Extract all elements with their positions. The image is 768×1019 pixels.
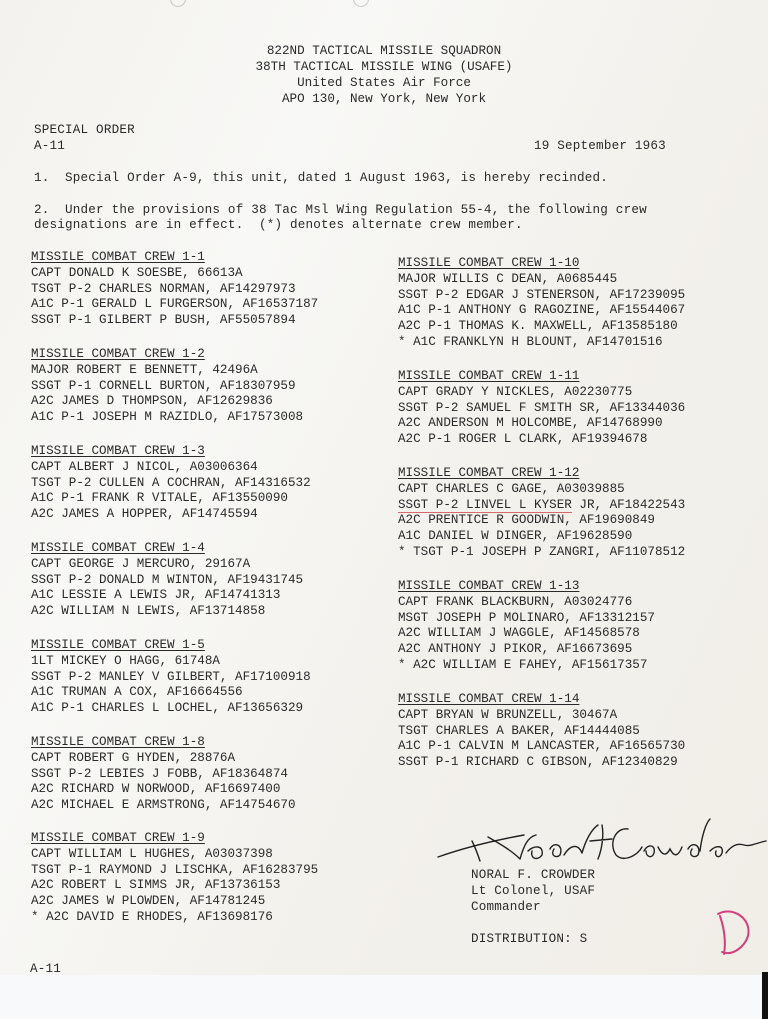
document-page: 822ND TACTICAL MISSILE SQUADRON 38TH TAC… <box>0 0 768 975</box>
crew-member: A2C P-1 ROGER L CLARK, AF19394678 <box>398 432 685 448</box>
crew-member: 1LT MICKEY O HAGG, 61748A <box>31 654 311 670</box>
signature-icon <box>432 815 768 875</box>
crew-member: SSGT P-1 RICHARD C GIBSON, AF12340829 <box>398 755 685 771</box>
crew-member: TSGT P-1 RAYMOND J LISCHKA, AF16283795 <box>31 863 318 879</box>
crew-member: SSGT P-2 LEBIES J FOBB, AF18364874 <box>31 767 296 783</box>
crew-block: MISSILE COMBAT CREW 1-12CAPT CHARLES C G… <box>398 466 685 561</box>
crew-member: SSGT P-2 LINVEL L KYSER JR, AF18422543 <box>398 498 685 514</box>
crew-block: MISSILE COMBAT CREW 1-13CAPT FRANK BLACK… <box>398 579 655 674</box>
crew-block: MISSILE COMBAT CREW 1-51LT MICKEY O HAGG… <box>31 638 311 717</box>
crew-member: A2C P-1 THOMAS K. MAXWELL, AF13585180 <box>398 319 685 335</box>
scan-edge <box>762 972 768 1019</box>
crew-member: CAPT BRYAN W BRUNZELL, 30467A <box>398 708 685 724</box>
crew-member: A1C LESSIE A LEWIS JR, AF14741313 <box>31 588 303 604</box>
crew-member: A2C MICHAEL E ARMSTRONG, AF14754670 <box>31 798 296 814</box>
scan-margin <box>0 975 768 1019</box>
paragraph-1: 1. Special Order A-9, this unit, dated 1… <box>34 171 608 187</box>
distribution: DISTRIBUTION: S <box>471 932 587 948</box>
order-date: 19 September 1963 <box>534 139 666 155</box>
crew-member: A2C ANTHONY J PIKOR, AF16673695 <box>398 642 655 658</box>
signer-name: NORAL F. CROWDER <box>471 868 595 884</box>
letterhead-wing: 38TH TACTICAL MISSILE WING (USAFE) <box>0 59 768 75</box>
crew-member: SSGT P-1 CORNELL BURTON, AF18307959 <box>31 379 303 395</box>
crew-member: A2C ROBERT L SIMMS JR, AF13736153 <box>31 878 318 894</box>
crew-block: MISSILE COMBAT CREW 1-9CAPT WILLIAM L HU… <box>31 831 318 926</box>
crew-member: CAPT DONALD K SOESBE, 66613A <box>31 266 318 282</box>
crew-member: MAJOR ROBERT E BENNETT, 42496A <box>31 363 303 379</box>
crew-member: CAPT ROBERT G HYDEN, 28876A <box>31 751 296 767</box>
pen-underline: SSGT P-2 LINVEL L KYSER <box>398 498 572 513</box>
crew-member: MAJOR WILLIS C DEAN, A0685445 <box>398 272 685 288</box>
paragraph-2-line-2: designations are in effect. (*) denotes … <box>34 218 523 234</box>
crew-member: A1C P-1 JOSEPH M RAZIDLO, AF17573008 <box>31 410 303 426</box>
crew-member: * A2C DAVID E RHODES, AF13698176 <box>31 910 318 926</box>
crew-member: TSGT P-2 CHARLES NORMAN, AF14297973 <box>31 282 318 298</box>
crew-title: MISSILE COMBAT CREW 1-12 <box>398 466 685 482</box>
crew-title: MISSILE COMBAT CREW 1-9 <box>31 831 318 847</box>
signer-rank: Lt Colonel, USAF <box>471 884 595 900</box>
letterhead-squadron: 822ND TACTICAL MISSILE SQUADRON <box>0 43 768 59</box>
crew-member: A1C TRUMAN A COX, AF16664556 <box>31 685 311 701</box>
crew-title: MISSILE COMBAT CREW 1-3 <box>31 444 311 460</box>
crew-block: MISSILE COMBAT CREW 1-2MAJOR ROBERT E BE… <box>31 347 303 426</box>
crew-title: MISSILE COMBAT CREW 1-1 <box>31 250 318 266</box>
crew-title: MISSILE COMBAT CREW 1-10 <box>398 256 685 272</box>
crew-block: MISSILE COMBAT CREW 1-10MAJOR WILLIS C D… <box>398 256 685 351</box>
crew-member: CAPT GEORGE J MERCURO, 29167A <box>31 557 303 573</box>
crew-member: * TSGT P-1 JOSEPH P ZANGRI, AF11078512 <box>398 545 685 561</box>
crew-member: TSGT P-2 CULLEN A COCHRAN, AF14316532 <box>31 476 311 492</box>
order-number: A-11 <box>34 139 65 155</box>
crew-member: * A2C WILLIAM E FAHEY, AF15617357 <box>398 658 655 674</box>
crew-member: A2C PRENTICE R GOODWIN, AF19690849 <box>398 513 685 529</box>
crew-member: A1C P-1 CALVIN M LANCASTER, AF16565730 <box>398 739 685 755</box>
order-type: SPECIAL ORDER <box>34 123 135 139</box>
crew-member: SSGT P-1 GILBERT P BUSH, AF55057894 <box>31 313 318 329</box>
crew-title: MISSILE COMBAT CREW 1-13 <box>398 579 655 595</box>
crew-member: CAPT ALBERT J NICOL, A03006364 <box>31 460 311 476</box>
crew-member: CAPT WILLIAM L HUGHES, A03037398 <box>31 847 318 863</box>
punch-hole <box>170 0 186 7</box>
crew-block: MISSILE COMBAT CREW 1-11CAPT GRADY Y NIC… <box>398 369 685 448</box>
crew-member: * A1C FRANKLYN H BLOUNT, AF14701516 <box>398 335 685 351</box>
crew-member: SSGT P-2 DONALD M WINTON, AF19431745 <box>31 573 303 589</box>
crew-block: MISSILE COMBAT CREW 1-14CAPT BRYAN W BRU… <box>398 692 685 771</box>
crew-member: CAPT GRADY Y NICKLES, A02230775 <box>398 385 685 401</box>
crew-title: MISSILE COMBAT CREW 1-14 <box>398 692 685 708</box>
crew-member: SSGT P-2 EDGAR J STENERSON, AF17239095 <box>398 288 685 304</box>
letterhead-address: APO 130, New York, New York <box>0 91 768 107</box>
crew-member: A2C WILLIAM N LEWIS, AF13714858 <box>31 604 303 620</box>
crew-member: MSGT JOSEPH P MOLINARO, AF13312157 <box>398 611 655 627</box>
crew-member: A1C P-1 ANTHONY G RAGOZINE, AF15544067 <box>398 303 685 319</box>
crew-title: MISSILE COMBAT CREW 1-2 <box>31 347 303 363</box>
punch-hole <box>353 0 369 7</box>
handwritten-d-mark-icon <box>714 908 754 958</box>
crew-title: MISSILE COMBAT CREW 1-5 <box>31 638 311 654</box>
crew-member: SSGT P-2 MANLEY V GILBERT, AF17100918 <box>31 670 311 686</box>
crew-block: MISSILE COMBAT CREW 1-3CAPT ALBERT J NIC… <box>31 444 311 523</box>
crew-member: A2C JAMES D THOMPSON, AF12629836 <box>31 394 303 410</box>
crew-block: MISSILE COMBAT CREW 1-4CAPT GEORGE J MER… <box>31 541 303 620</box>
crew-member: A1C P-1 FRANK R VITALE, AF13550090 <box>31 491 311 507</box>
crew-member: A2C ANDERSON M HOLCOMBE, AF14768990 <box>398 416 685 432</box>
crew-member: A1C P-1 GERALD L FURGERSON, AF16537187 <box>31 297 318 313</box>
crew-member: A2C JAMES A HOPPER, AF14745594 <box>31 507 311 523</box>
paragraph-2-line-1: 2. Under the provisions of 38 Tac Msl Wi… <box>34 203 647 219</box>
crew-member: CAPT FRANK BLACKBURN, A03024776 <box>398 595 655 611</box>
crew-member: CAPT CHARLES C GAGE, A03039885 <box>398 482 685 498</box>
crew-block: MISSILE COMBAT CREW 1-1CAPT DONALD K SOE… <box>31 250 318 329</box>
letterhead-service: United States Air Force <box>0 75 768 91</box>
crew-block: MISSILE COMBAT CREW 1-8CAPT ROBERT G HYD… <box>31 735 296 814</box>
crew-member: A1C P-1 CHARLES L LOCHEL, AF13656329 <box>31 701 311 717</box>
crew-member: SSGT P-2 SAMUEL F SMITH SR, AF13344036 <box>398 401 685 417</box>
crew-member: A2C WILLIAM J WAGGLE, AF14568578 <box>398 626 655 642</box>
crew-title: MISSILE COMBAT CREW 1-11 <box>398 369 685 385</box>
crew-member: TSGT CHARLES A BAKER, AF14444085 <box>398 724 685 740</box>
crew-title: MISSILE COMBAT CREW 1-4 <box>31 541 303 557</box>
crew-title: MISSILE COMBAT CREW 1-8 <box>31 735 296 751</box>
crew-member: A2C JAMES W PLOWDEN, AF14781245 <box>31 894 318 910</box>
signer-position: Commander <box>471 900 541 916</box>
crew-member: A1C DANIEL W DINGER, AF19628590 <box>398 529 685 545</box>
crew-member: A2C RICHARD W NORWOOD, AF16697400 <box>31 782 296 798</box>
